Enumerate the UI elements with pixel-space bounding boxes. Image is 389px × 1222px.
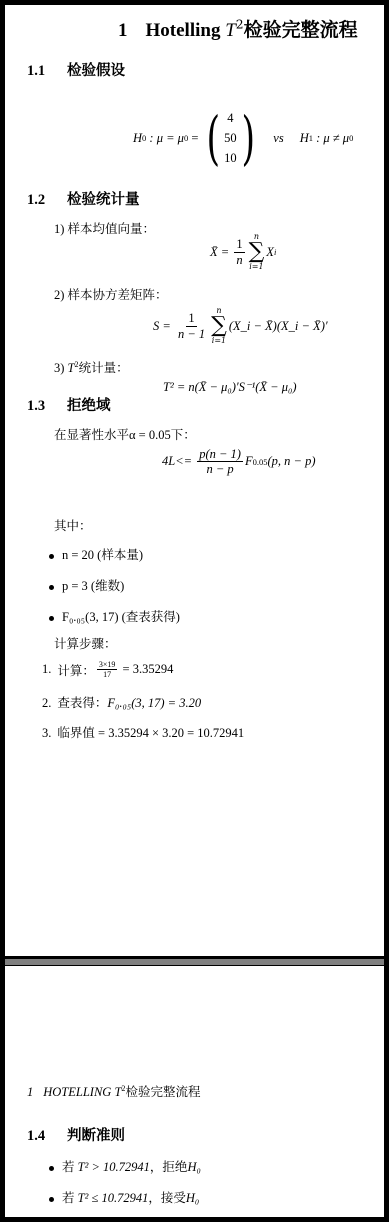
numerator: 3×19 [97, 660, 118, 670]
rejection-formula: 4L<= p(n − 1) n − p F0.05(p, n − p) [162, 447, 316, 477]
sigma-icon: ∑ [249, 241, 265, 263]
sum-lower: i=1 [249, 263, 263, 271]
step-expr: = 3.35294 × 3.20 = 10.72941 [95, 726, 244, 740]
bullet-item: n = 20 (样本量) [49, 545, 143, 563]
title-T: T [225, 20, 236, 41]
bullet-icon [49, 585, 54, 590]
right-paren-icon: ) [241, 109, 255, 167]
vector-entry: 4 [227, 108, 233, 128]
bullet-text: n = 20 (样本量) [62, 548, 143, 562]
formula-lhs: S = [153, 319, 174, 334]
formula-rhs: X [266, 245, 274, 260]
bullet-icon [49, 1197, 54, 1202]
section-title: 检验假设 [67, 63, 125, 79]
hypothesis-formula: H0 : μ = μ0 = ( 4 50 10 ) vs H1 : μ ≠ μ0 [133, 103, 353, 173]
bullet-item: F₀.₀₅(3, 17) (查表获得) [49, 607, 180, 625]
step-number: 2. [42, 696, 51, 710]
formula-rhs: (X_i − X̄)(X_i − X̄)′ [229, 319, 328, 334]
h1-symbol: H [300, 131, 309, 146]
decision-rule-item: 若 T² ≤ 10.72941，接受H₀ [49, 1188, 199, 1206]
step-label: 查表得： [57, 696, 107, 710]
rule-sep: ， [150, 1160, 163, 1174]
rule-sep: ， [148, 1191, 161, 1205]
section-number: 1.3 [27, 398, 67, 415]
title-sup: 2 [236, 18, 244, 32]
denominator: n [234, 253, 244, 267]
bullet-icon [49, 554, 54, 559]
fraction: 1 n − 1 [176, 311, 207, 341]
significance-intro: 在显著性水平α = 0.05下： [54, 425, 196, 443]
formula-lhs: 4L<= [162, 454, 195, 469]
fraction: p(n − 1) n − p [197, 447, 243, 477]
item3-T: T [68, 361, 75, 375]
steps-label: 计算步骤： [54, 634, 117, 652]
header-prefix: HOTELLING [43, 1085, 114, 1099]
section-heading-1-3: 1.3拒绝域 [27, 394, 111, 415]
denominator: n − 1 [176, 327, 207, 341]
mu0-vector: ( 4 50 10 ) [202, 108, 260, 168]
page-separator [5, 959, 384, 965]
summation: n ∑ i=1 [249, 233, 265, 271]
step-item: 3.临界值 = 3.35294 × 3.20 = 10.72941 [42, 723, 244, 741]
denominator: n − p [204, 462, 235, 476]
f-args: (p, n − p) [267, 454, 315, 469]
rule-condition: T² > 10.72941 [78, 1160, 150, 1174]
left-paren-icon: ( [206, 109, 220, 167]
step-number: 1. [42, 662, 51, 677]
h0-symbol: H [133, 131, 142, 146]
bullet-text: p = 3 (维数) [62, 579, 124, 593]
vs-text: vs [273, 131, 283, 146]
fraction: 3×19 17 [97, 660, 118, 679]
step-expr: F₀.₀₅(3, 17) = 3.20 [107, 696, 201, 710]
item3-suffix: 统计量： [79, 361, 129, 375]
rule-hypothesis: H₀ [186, 1191, 199, 1205]
document-page-2: 1HOTELLING T2检验完整流程 1.4判断准则 若 T² > 10.72… [5, 966, 384, 1217]
numerator: 1 [186, 311, 196, 326]
section-title: 判断准则 [67, 1128, 125, 1144]
h1-rest: : μ ≠ μ [313, 131, 349, 146]
mean-vector-formula: X̄ = 1 n n ∑ i=1 Xi [210, 233, 276, 271]
rule-prefix: 若 [62, 1191, 78, 1205]
fraction: 1 n [234, 237, 244, 267]
numerator: p(n − 1) [197, 447, 243, 462]
section-title: 拒绝域 [67, 398, 111, 414]
denominator: 17 [101, 670, 113, 679]
bullet-item: p = 3 (维数) [49, 576, 124, 594]
rule-hypothesis: H₀ [187, 1160, 200, 1174]
step-item: 1. 计算： 3×19 17 = 3.35294 [42, 660, 173, 679]
step-label: 临界值 [57, 726, 95, 740]
title-text-prefix: Hotelling [146, 20, 226, 41]
section-number: 1.1 [27, 63, 67, 80]
header-suffix: 检验完整流程 [125, 1085, 200, 1099]
section-number: 1.4 [27, 1128, 67, 1145]
section-heading-1-4: 1.4判断准则 [27, 1124, 125, 1145]
formula-lhs: X̄ = [210, 245, 232, 260]
equals: = [188, 131, 201, 146]
section-number: 1.2 [27, 192, 67, 209]
running-header: 1HOTELLING T2检验完整流程 [27, 1082, 200, 1100]
step-result: = 3.35294 [119, 662, 173, 677]
rule-action: 拒绝 [162, 1160, 187, 1174]
title-text-suffix: 检验完整流程 [244, 19, 358, 41]
h0-mid: : μ = μ [146, 131, 184, 146]
bullet-icon [49, 616, 54, 621]
document-page-1: 1Hotelling T2检验完整流程 1.1检验假设 H0 : μ = μ0 … [5, 5, 384, 956]
step-item: 2.查表得：F₀.₀₅(3, 17) = 3.20 [42, 693, 201, 711]
step-number: 3. [42, 726, 51, 740]
section-heading-1-1: 1.1检验假设 [27, 59, 125, 80]
summation: n ∑ i=1 [211, 307, 227, 345]
sigma-icon: ∑ [211, 315, 227, 337]
item3-label: 3) T2统计量： [54, 358, 129, 376]
sum-lower: i=1 [212, 337, 226, 345]
header-number: 1 [27, 1085, 33, 1099]
covariance-formula: S = 1 n − 1 n ∑ i=1 (X_i − X̄)(X_i − X̄)… [153, 307, 328, 345]
section-heading-1-2: 1.2检验统计量 [27, 188, 140, 209]
item2-label: 2) 样本协方差矩阵： [54, 285, 168, 303]
bullet-icon [49, 1166, 54, 1171]
decision-rule-item: 若 T² > 10.72941，拒绝H₀ [49, 1157, 201, 1175]
vector-entry: 50 [224, 128, 237, 148]
rule-action: 接受 [161, 1191, 186, 1205]
section-title: 检验统计量 [67, 192, 140, 208]
rule-condition: T² ≤ 10.72941 [78, 1191, 149, 1205]
step-label: 计算： [57, 661, 95, 679]
item3-prefix: 3) [54, 361, 68, 375]
rule-prefix: 若 [62, 1160, 78, 1174]
t2-formula: T² = n(X̄ − μ₀)′S⁻¹(X̄ − μ₀) [163, 379, 297, 395]
f-symbol: F [245, 454, 253, 469]
title-number: 1 [118, 20, 128, 41]
item1-label: 1) 样本均值向量： [54, 219, 155, 237]
where-label: 其中： [54, 516, 92, 534]
document-title: 1Hotelling T2检验完整流程 [118, 15, 358, 42]
vector-entry: 10 [224, 148, 237, 168]
bullet-text: F₀.₀₅(3, 17) (查表获得) [62, 610, 180, 624]
numerator: 1 [234, 237, 244, 252]
